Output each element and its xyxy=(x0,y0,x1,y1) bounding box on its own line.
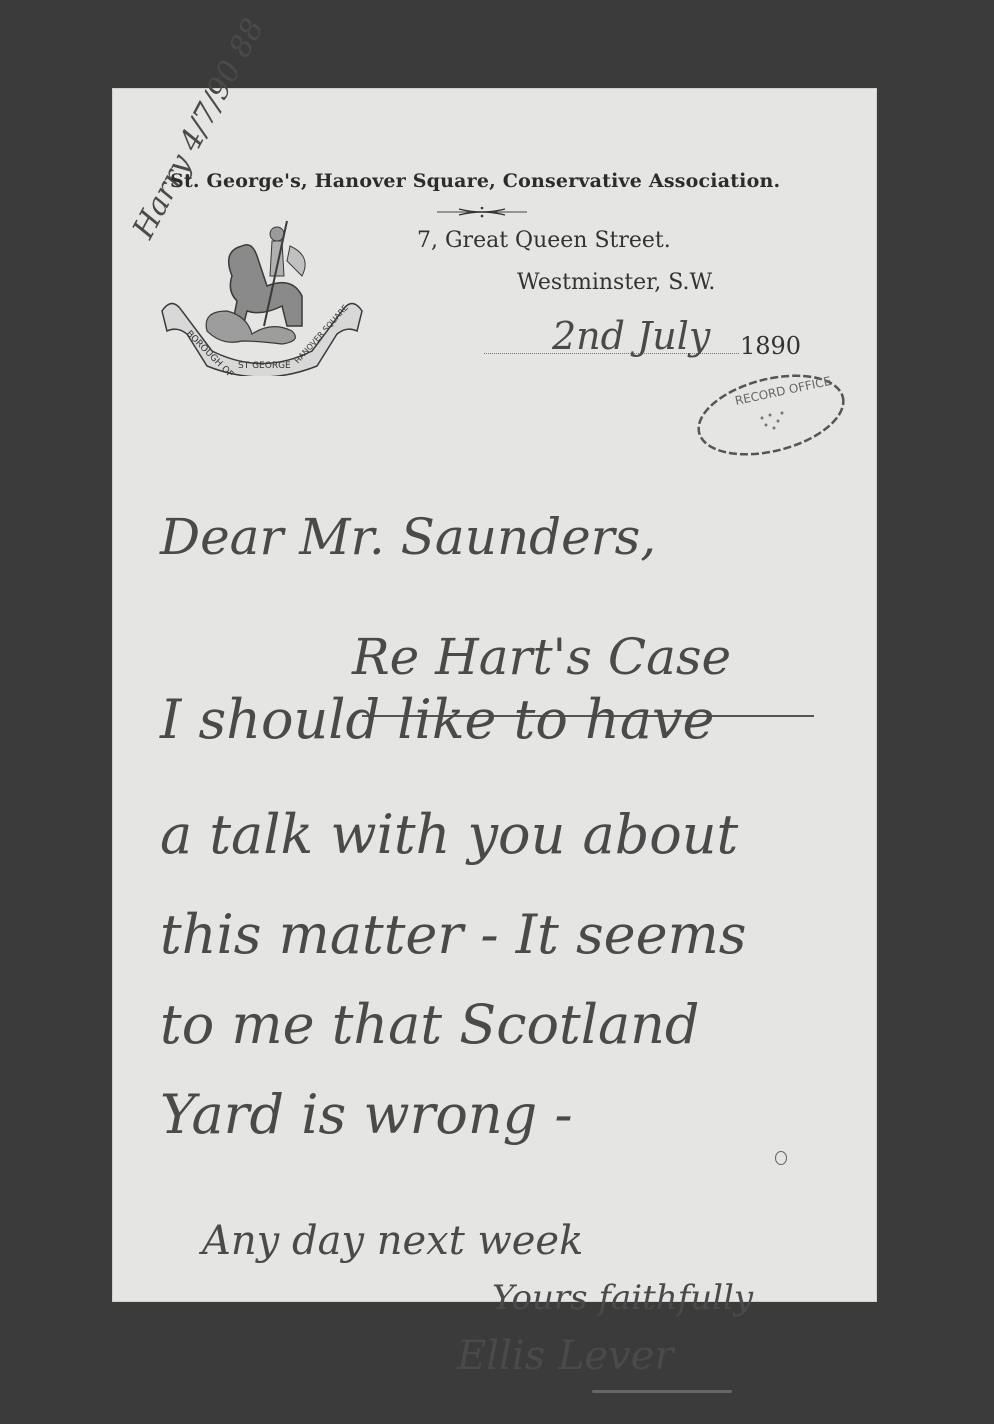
signature: Ellis Lever xyxy=(457,1333,673,1379)
address-city: Westminster, S.W. xyxy=(517,270,715,295)
subject-line: Re Hart's Case xyxy=(352,628,731,686)
letterhead-organization: St. George's, Hanover Square, Conservati… xyxy=(170,170,850,192)
closing-line: Any day next week xyxy=(202,1218,583,1264)
body-line-5: Yard is wrong - xyxy=(160,1083,573,1146)
body-line-2: a talk with you about xyxy=(160,803,738,866)
st-george-crest-icon: BOROUGH OF ST GEORGE HANOVER SQUARE xyxy=(152,216,372,376)
signoff: Yours faithfully xyxy=(492,1278,753,1318)
letter-page: Harry 4/7/90 88 St. George's, Hanover Sq… xyxy=(112,88,877,1302)
salutation: Dear Mr. Saunders, xyxy=(160,508,656,566)
body-line-3: this matter - It seems xyxy=(160,903,747,966)
date-year: 1890 xyxy=(740,332,801,360)
body-line-4: to me that Scotland xyxy=(160,993,700,1056)
svg-text:ST GEORGE: ST GEORGE xyxy=(238,361,291,371)
svg-text:RECORD OFFICE: RECORD OFFICE xyxy=(734,374,833,408)
body-line-1: I should like to have xyxy=(160,688,714,751)
date-handwritten: 2nd July xyxy=(552,314,710,358)
ornament-divider-icon xyxy=(437,206,527,218)
signature-underline xyxy=(592,1390,732,1393)
record-office-stamp-icon: RECORD OFFICE xyxy=(692,373,850,457)
ink-spot xyxy=(775,1151,787,1165)
address-street: 7, Great Queen Street. xyxy=(417,228,671,253)
archive-reference: Harry 4/7/90 88 xyxy=(126,13,271,244)
